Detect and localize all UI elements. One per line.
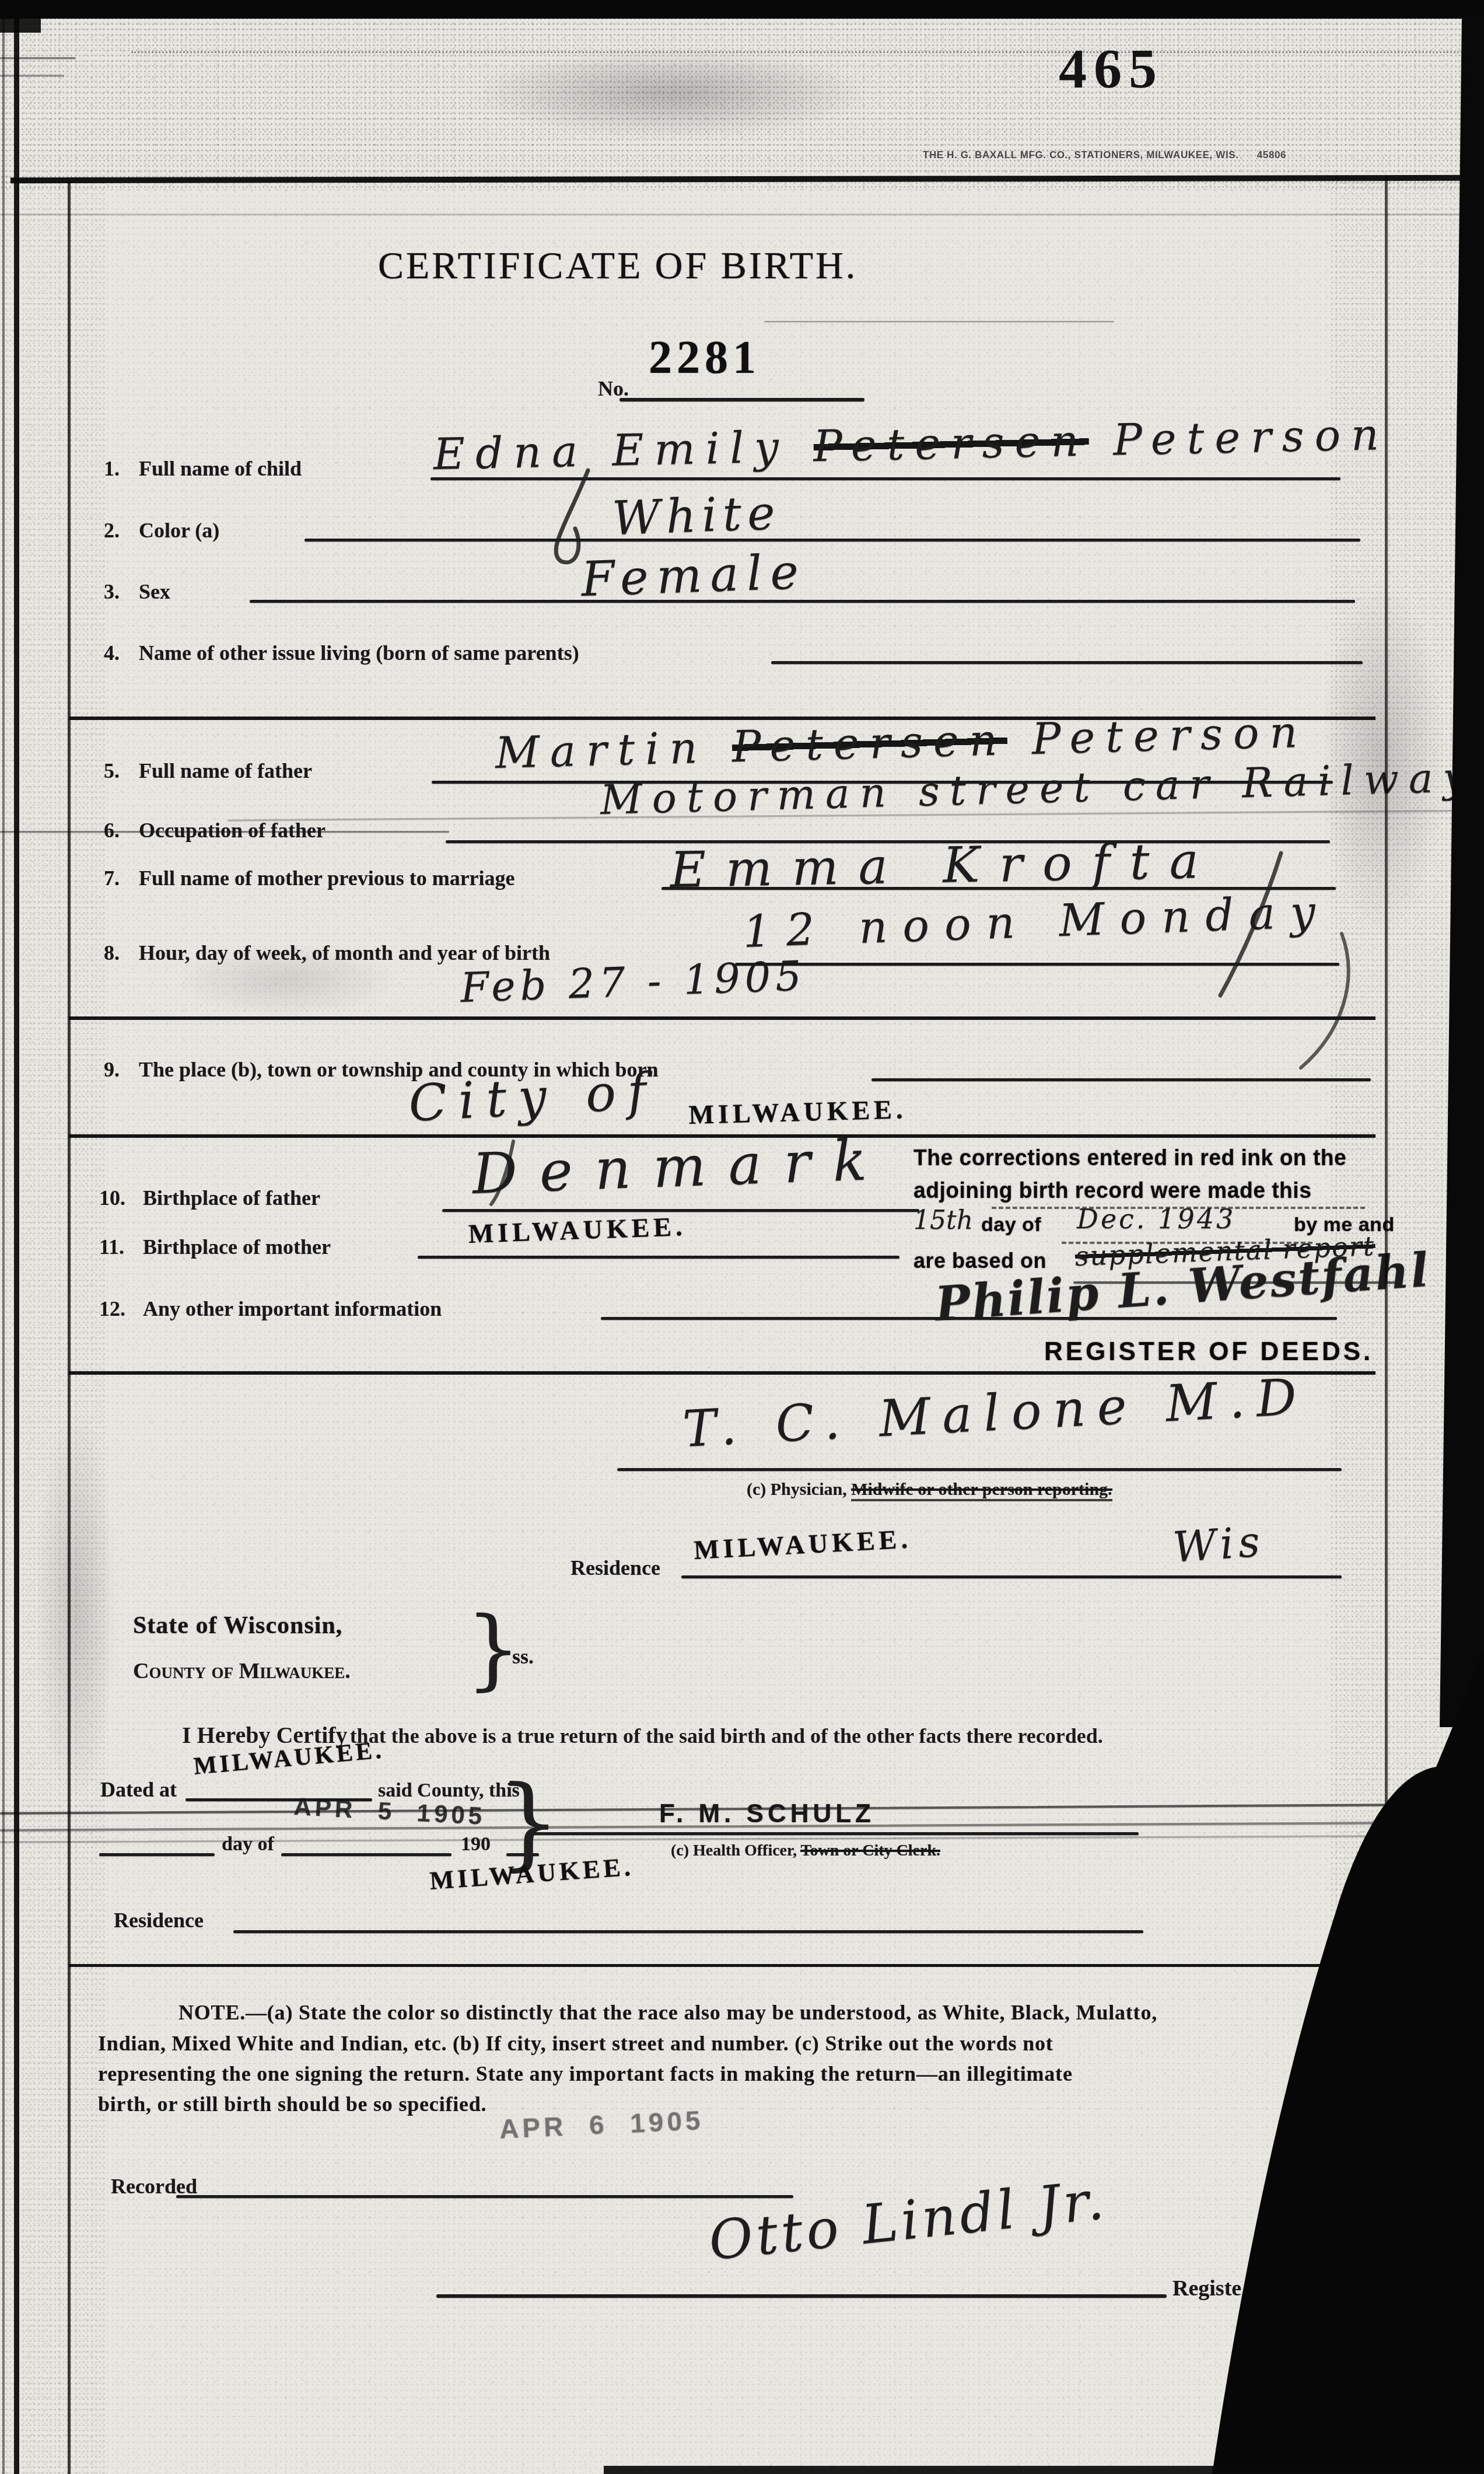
year-prefix-label: 190	[461, 1833, 491, 1855]
field-2-label: Color (a)	[139, 518, 219, 543]
scan-artifact-line	[0, 57, 76, 59]
child-surname: Peterson	[1112, 410, 1389, 466]
correction-based-stamp: are based on	[914, 1249, 1046, 1273]
jurat-ss: ss.	[512, 1644, 534, 1669]
note-line-4: birth, or still birth should be so speci…	[98, 2092, 487, 2116]
field-4-number: 4.	[104, 641, 120, 665]
physician-caption-struck: Midwife or other person reporting.	[851, 1480, 1112, 1501]
field-2-value: White	[611, 485, 782, 546]
top-smudge-band	[0, 16, 1484, 191]
scan-dotted-line	[131, 51, 1473, 53]
scan-bottom-edge	[604, 2466, 1484, 2474]
certificate-number-line	[619, 398, 864, 401]
correction-day-hand: 15th	[914, 1205, 973, 1235]
field-6-number: 6.	[104, 818, 120, 843]
recorded-label: Recorded	[111, 2174, 197, 2199]
certification-rest: that the above is a true return of the s…	[350, 1724, 1103, 1748]
correction-stamp-line1: The corrections entered in red ink on th…	[914, 1146, 1346, 1171]
note-line-1: NOTE.—(a) State the color so distinctly …	[178, 2000, 1157, 2025]
form-right-border	[1385, 176, 1388, 2474]
physician-caption: (c) Physician, Midwife or other person r…	[747, 1480, 1112, 1500]
health-officer-caption: (c) Health Officer, Town or City Clerk.	[671, 1841, 940, 1860]
note-line-2: Indian, Mixed White and Indian, etc. (b)…	[98, 2031, 1053, 2056]
register-of-deeds-title-stamp: REGISTER OF DEEDS.	[1044, 1337, 1373, 1367]
certificate-number-label: No.	[598, 376, 629, 401]
recorded-date-stamp: APR 6 1905	[499, 2105, 705, 2145]
field-10-number: 10.	[99, 1186, 125, 1210]
field-11-number: 11.	[99, 1235, 124, 1259]
field-7-label: Full name of mother previous to marriage	[139, 866, 515, 890]
field-11-place-stamp: MILWAUKEE.	[468, 1211, 687, 1249]
ink-flourish	[1301, 934, 1349, 1068]
day-line-mid	[281, 1853, 452, 1856]
field-3-label: Sex	[139, 579, 170, 604]
field-10-value: Denmark	[471, 1127, 890, 1207]
jurat-state: State of Wisconsin,	[133, 1612, 342, 1640]
field-8-full-line	[69, 1016, 1375, 1020]
field-5-label: Full name of father	[139, 759, 312, 783]
form-border-echo-line	[0, 214, 1484, 215]
printer-mark-number: 45806	[1257, 149, 1286, 160]
field-4-label: Name of other issue living (born of same…	[139, 641, 579, 665]
register-label-cut: Registe	[1172, 2276, 1241, 2301]
day-line-left	[99, 1853, 215, 1856]
field-8-number: 8.	[104, 941, 120, 965]
field-8-value: 12 noon Monday	[742, 885, 1331, 958]
ink-flourish	[556, 470, 588, 562]
dated-at-label: Dated at	[100, 1777, 177, 1802]
physician-caption-lead: (c) Physician,	[747, 1480, 847, 1499]
printer-mark-text: THE H. G. BAXALL MFG. CO., STATIONERS, M…	[923, 149, 1238, 160]
health-officer-line	[532, 1832, 1139, 1835]
field-3-value: Female	[580, 544, 807, 607]
page-number: 465	[1059, 36, 1164, 101]
certificate-number: 2281	[649, 331, 761, 385]
form-top-border	[10, 175, 1484, 183]
scan-left-edge-line	[2, 0, 5, 2474]
scan-artifact-line	[0, 75, 64, 76]
physician-signature-line	[617, 1468, 1342, 1471]
attestation-residence-line	[233, 1930, 1143, 1933]
field-2-number: 2.	[104, 518, 120, 543]
field-11-line	[418, 1256, 900, 1259]
field-9-place-stamp: MILWAUKEE.	[688, 1093, 907, 1130]
field-7-value: Emma Krofta	[670, 832, 1219, 899]
field-9-line	[871, 1078, 1371, 1081]
certificate-title: CERTIFICATE OF BIRTH.	[378, 244, 857, 288]
correction-day-of-stamp: day of	[981, 1214, 1041, 1236]
scanned-birth-certificate: 465 THE H. G. BAXALL MFG. CO., STATIONER…	[0, 0, 1484, 2474]
scan-left-line	[14, 18, 19, 2474]
correction-suffix-stamp: by me and	[1294, 1214, 1395, 1236]
field-9-hand-value: City of	[407, 1062, 659, 1133]
field-8-label: Hour, day of week, of month and year of …	[139, 941, 550, 965]
physician-residence-label: Residence	[570, 1556, 660, 1580]
field-3-number: 3.	[104, 579, 120, 604]
physician-residence-stamp: MILWAUKEE.	[693, 1523, 912, 1565]
father-surname-struck: Petersen	[731, 715, 1009, 772]
father-surname: Peterson	[1031, 707, 1308, 764]
field-12-number: 12.	[99, 1297, 125, 1321]
field-1-number: 1.	[104, 456, 120, 481]
field-9-number: 9.	[104, 1057, 120, 1082]
jurat-county: County of Milwaukee.	[133, 1658, 351, 1684]
field-3-line	[250, 600, 1355, 603]
field-7-number: 7.	[104, 866, 120, 890]
scan-top-edge	[0, 0, 1484, 19]
physician-residence-state-hand: Wis	[1171, 1516, 1266, 1572]
physician-residence-line	[681, 1575, 1342, 1578]
field-1-line	[430, 477, 1340, 480]
field-10-label: Birthplace of father	[143, 1186, 320, 1210]
child-surname-struck: Petersen	[813, 415, 1089, 471]
child-given-names: Edna Emily	[433, 422, 790, 480]
field-12-label: Any other important information	[143, 1297, 442, 1321]
field-1-value: Edna Emily Petersen Peterson	[433, 410, 1389, 480]
field-6-label: Occupation of father	[139, 818, 325, 843]
register-signature-line	[436, 2294, 1167, 2298]
field-8-line	[735, 963, 1339, 966]
register-signature: Otto Lindl Jr.	[706, 2168, 1110, 2272]
correction-month-year-hand: Dec. 1943	[1077, 1203, 1235, 1235]
attestation-place-stamp-2: MILWAUKEE.	[429, 1852, 635, 1896]
section-rule	[69, 1964, 1375, 1967]
scan-artifact-line	[764, 321, 1114, 322]
day-of-label: day of	[222, 1833, 274, 1855]
health-officer-caption-lead: (c) Health Officer,	[671, 1841, 797, 1860]
attestation-residence-label: Residence	[114, 1908, 204, 1933]
field-1-label: Full name of child	[139, 456, 302, 481]
field-2-line	[304, 539, 1360, 541]
torn-corner-black	[1212, 1651, 1484, 2474]
field-11-label: Birthplace of mother	[143, 1235, 331, 1259]
field-5-number: 5.	[104, 759, 120, 783]
health-officer-caption-struck: Town or City Clerk.	[800, 1841, 940, 1860]
health-officer-signature-stamp: F. M. SCHULZ	[659, 1799, 875, 1829]
printer-mark: THE H. G. BAXALL MFG. CO., STATIONERS, M…	[923, 149, 1286, 161]
field-4-line	[771, 661, 1363, 664]
correction-stamp-line2: adjoining birth record were made this	[914, 1179, 1311, 1204]
form-left-border	[68, 181, 71, 2474]
physician-signature: T. C. Malone M.D	[681, 1368, 1310, 1459]
note-line-3: representing the one signing the return.…	[98, 2061, 1073, 2086]
father-given-name: Martin	[495, 722, 708, 778]
recorded-line	[176, 2195, 793, 2198]
scan-right-edge-band	[1440, 16, 1484, 1727]
scan-top-left-edge	[0, 16, 41, 33]
